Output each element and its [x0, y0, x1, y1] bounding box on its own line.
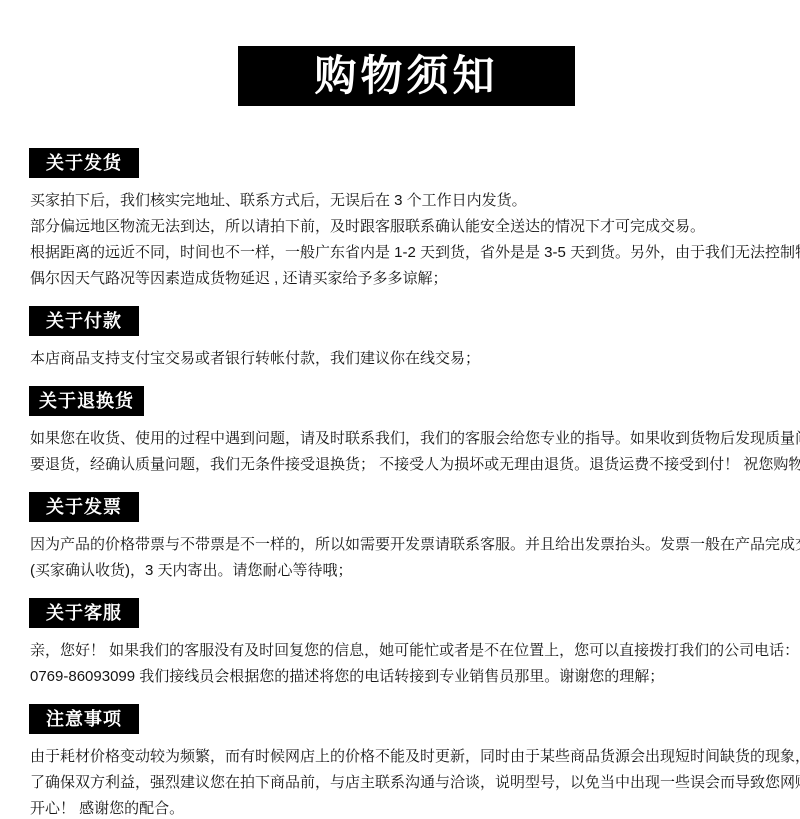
section-label-text: 关于付款 — [46, 312, 122, 330]
body-line: 部分偏远地区物流无法到达，所以请拍下前，及时跟客服联系确认能安全送达的情况下才可… — [30, 214, 772, 240]
body-line: 如果您在收货、使用的过程中遇到问题，请及时联系我们，我们的客服会给您专业的指导。… — [30, 426, 772, 452]
section-body-shipping: 买家拍下后，我们核实完地址、联系方式后，无误后在 3 个工作日内发货。 部分偏远… — [30, 188, 772, 292]
body-line: 要退货，经确认质量问题，我们无条件接受退换货； 不接受人为损坏或无理由退货。退货… — [30, 452, 772, 478]
body-line: 买家拍下后，我们核实完地址、联系方式后，无误后在 3 个工作日内发货。 — [30, 188, 772, 214]
section-returns: 关于退换货 如果您在收货、使用的过程中遇到问题，请及时联系我们，我们的客服会给您… — [0, 386, 800, 478]
section-body-returns: 如果您在收货、使用的过程中遇到问题，请及时联系我们，我们的客服会给您专业的指导。… — [30, 426, 772, 478]
page-title: 购物须知 — [314, 55, 498, 97]
body-line: 本店商品支持支付宝交易或者银行转帐付款，我们建议你在线交易； — [30, 346, 772, 372]
section-payment: 关于付款 本店商品支持支付宝交易或者银行转帐付款，我们建议你在线交易； — [0, 306, 800, 372]
shopping-notice-page: 购物须知 关于发货 买家拍下后，我们核实完地址、联系方式后，无误后在 3 个工作… — [0, 0, 800, 819]
section-customer-service: 关于客服 亲，您好！ 如果我们的客服没有及时回复您的信息，她可能忙或者是不在位置… — [0, 598, 800, 690]
section-body-invoice: 因为产品的价格带票与不带票是不一样的，所以如需要开发票请联系客服。并且给出发票抬… — [30, 532, 772, 584]
body-line: 了确保双方利益，强烈建议您在拍下商品前，与店主联系沟通与洽谈，说明型号，以免当中… — [30, 770, 772, 796]
section-label-invoice: 关于发票 — [29, 492, 139, 522]
section-notes: 注意事项 由于耗材价格变动较为频繁，而有时候网店上的价格不能及时更新，同时由于某… — [0, 704, 800, 819]
body-line: (买家确认收货)，3 天内寄出。请您耐心等待哦； — [30, 558, 772, 584]
body-line: 亲，您好！ 如果我们的客服没有及时回复您的信息，她可能忙或者是不在位置上，您可以… — [30, 638, 772, 664]
section-body-notes: 由于耗材价格变动较为频繁，而有时候网店上的价格不能及时更新，同时由于某些商品货源… — [30, 744, 772, 819]
section-label-customer-service: 关于客服 — [29, 598, 139, 628]
section-label-text: 关于发票 — [46, 498, 122, 516]
page-title-banner: 购物须知 — [238, 46, 575, 106]
body-line: 因为产品的价格带票与不带票是不一样的，所以如需要开发票请联系客服。并且给出发票抬… — [30, 532, 772, 558]
section-label-notes: 注意事项 — [29, 704, 139, 734]
section-label-text: 注意事项 — [46, 710, 122, 728]
section-label-payment: 关于付款 — [29, 306, 139, 336]
notice-content: 关于发货 买家拍下后，我们核实完地址、联系方式后，无误后在 3 个工作日内发货。… — [0, 106, 800, 819]
section-body-payment: 本店商品支持支付宝交易或者银行转帐付款，我们建议你在线交易； — [30, 346, 772, 372]
body-line: 根据距离的远近不同，时间也不一样，一般广东省内是 1-2 天到货，省外是是 3-… — [30, 240, 772, 266]
section-label-shipping: 关于发货 — [29, 148, 139, 178]
body-line: 偶尔因天气路况等因素造成货物延迟 , 还请买家给予多多谅解； — [30, 266, 772, 292]
section-shipping: 关于发货 买家拍下后，我们核实完地址、联系方式后，无误后在 3 个工作日内发货。… — [0, 148, 800, 292]
section-invoice: 关于发票 因为产品的价格带票与不带票是不一样的，所以如需要开发票请联系客服。并且… — [0, 492, 800, 584]
body-line: 开心！ 感谢您的配合。 — [30, 796, 772, 819]
section-body-customer-service: 亲，您好！ 如果我们的客服没有及时回复您的信息，她可能忙或者是不在位置上，您可以… — [30, 638, 772, 690]
section-label-text: 关于发货 — [46, 154, 122, 172]
body-line: 由于耗材价格变动较为频繁，而有时候网店上的价格不能及时更新，同时由于某些商品货源… — [30, 744, 772, 770]
section-label-text: 关于退换货 — [39, 392, 134, 410]
body-line-phone: 0769-86093099 我们接线员会根据您的描述将您的电话转接到专业销售员那… — [30, 664, 772, 690]
section-label-returns: 关于退换货 — [29, 386, 144, 416]
section-label-text: 关于客服 — [46, 604, 122, 622]
